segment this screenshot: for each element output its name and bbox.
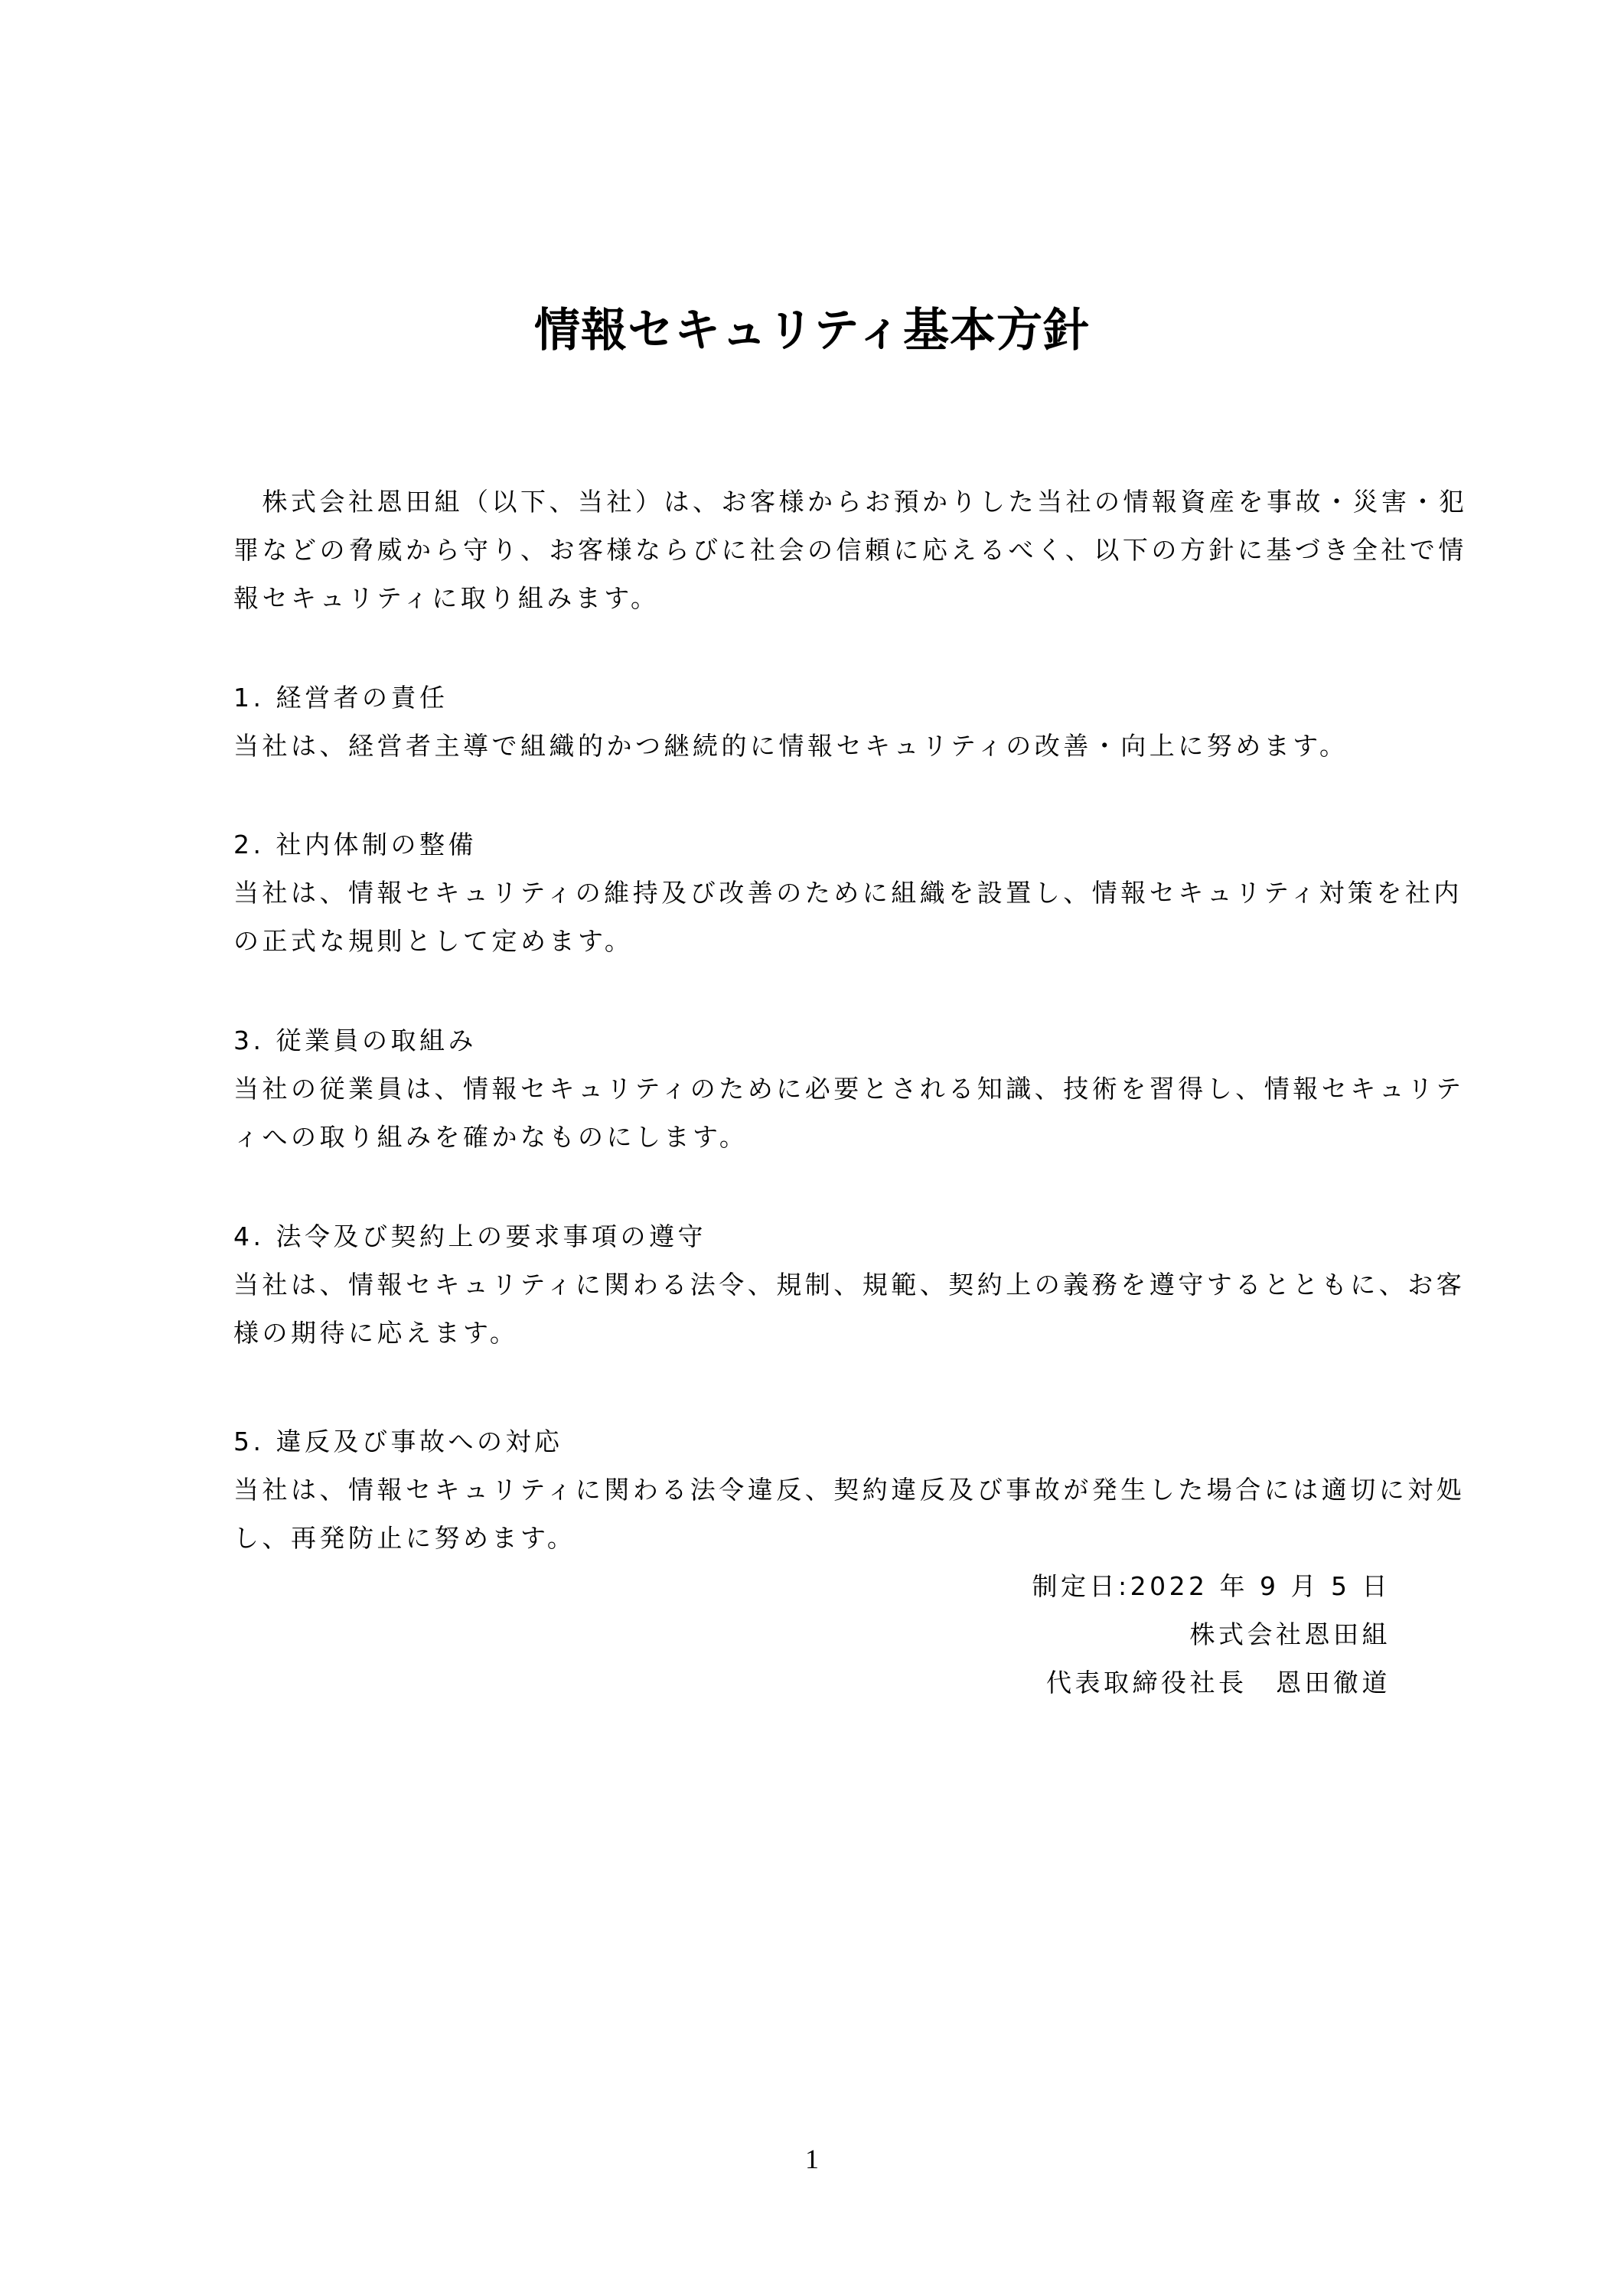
- section-4-heading: 4. 法令及び契約上の要求事項の遵守: [233, 1220, 1397, 1254]
- intro-line-2: 罪などの脅威から守り、お客様ならびに社会の信頼に応えるべく、以下の方針に基づき全…: [233, 533, 1397, 567]
- document-page: 情報セキュリティ基本方針 株式会社恩田組（以下、当社）は、お客様からお預かりした…: [0, 0, 1624, 2296]
- section-4-line-1: 当社は、情報セキュリティに関わる法令、規制、規範、契約上の義務を遵守するとともに…: [233, 1268, 1397, 1302]
- section-5-line-1: 当社は、情報セキュリティに関わる法令違反、契約違反及び事故が発生した場合には適切…: [233, 1473, 1397, 1507]
- section-3-line-2: ィへの取り組みを確かなものにします。: [233, 1120, 1397, 1154]
- section-2-line-2: の正式な規則として定めます。: [233, 925, 1397, 958]
- company-name: 株式会社恩田組: [1190, 1618, 1391, 1652]
- section-5-line-2: し、再発防止に努めます。: [233, 1521, 1397, 1555]
- document-title: 情報セキュリティ基本方針: [0, 300, 1624, 361]
- section-2-line-1: 当社は、情報セキュリティの維持及び改善のために組織を設置し、情報セキュリティ対策…: [233, 876, 1397, 910]
- intro-line-3: 報セキュリティに取り組みます。: [233, 582, 1397, 615]
- representative-name: 代表取締役社長 恩田徹道: [1046, 1666, 1391, 1700]
- section-4-line-2: 様の期待に応えます。: [233, 1316, 1397, 1350]
- intro-line-1: 株式会社恩田組（以下、当社）は、お客様からお預かりした当社の情報資産を事故・災害…: [233, 485, 1397, 519]
- section-1-line-1: 当社は、経営者主導で組織的かつ継続的に情報セキュリティの改善・向上に努めます。: [233, 729, 1397, 763]
- section-3-heading: 3. 従業員の取組み: [233, 1024, 1397, 1058]
- section-1-heading: 1. 経営者の責任: [233, 681, 1397, 715]
- page-number: 1: [0, 2143, 1624, 2175]
- section-5-heading: 5. 違反及び事故への対応: [233, 1425, 1397, 1459]
- section-3-line-1: 当社の従業員は、情報セキュリティのために必要とされる知識、技術を習得し、情報セキ…: [233, 1072, 1397, 1106]
- section-2-heading: 2. 社内体制の整備: [233, 828, 1397, 862]
- enactment-date: 制定日:2022 年 9 月 5 日: [1032, 1570, 1391, 1603]
